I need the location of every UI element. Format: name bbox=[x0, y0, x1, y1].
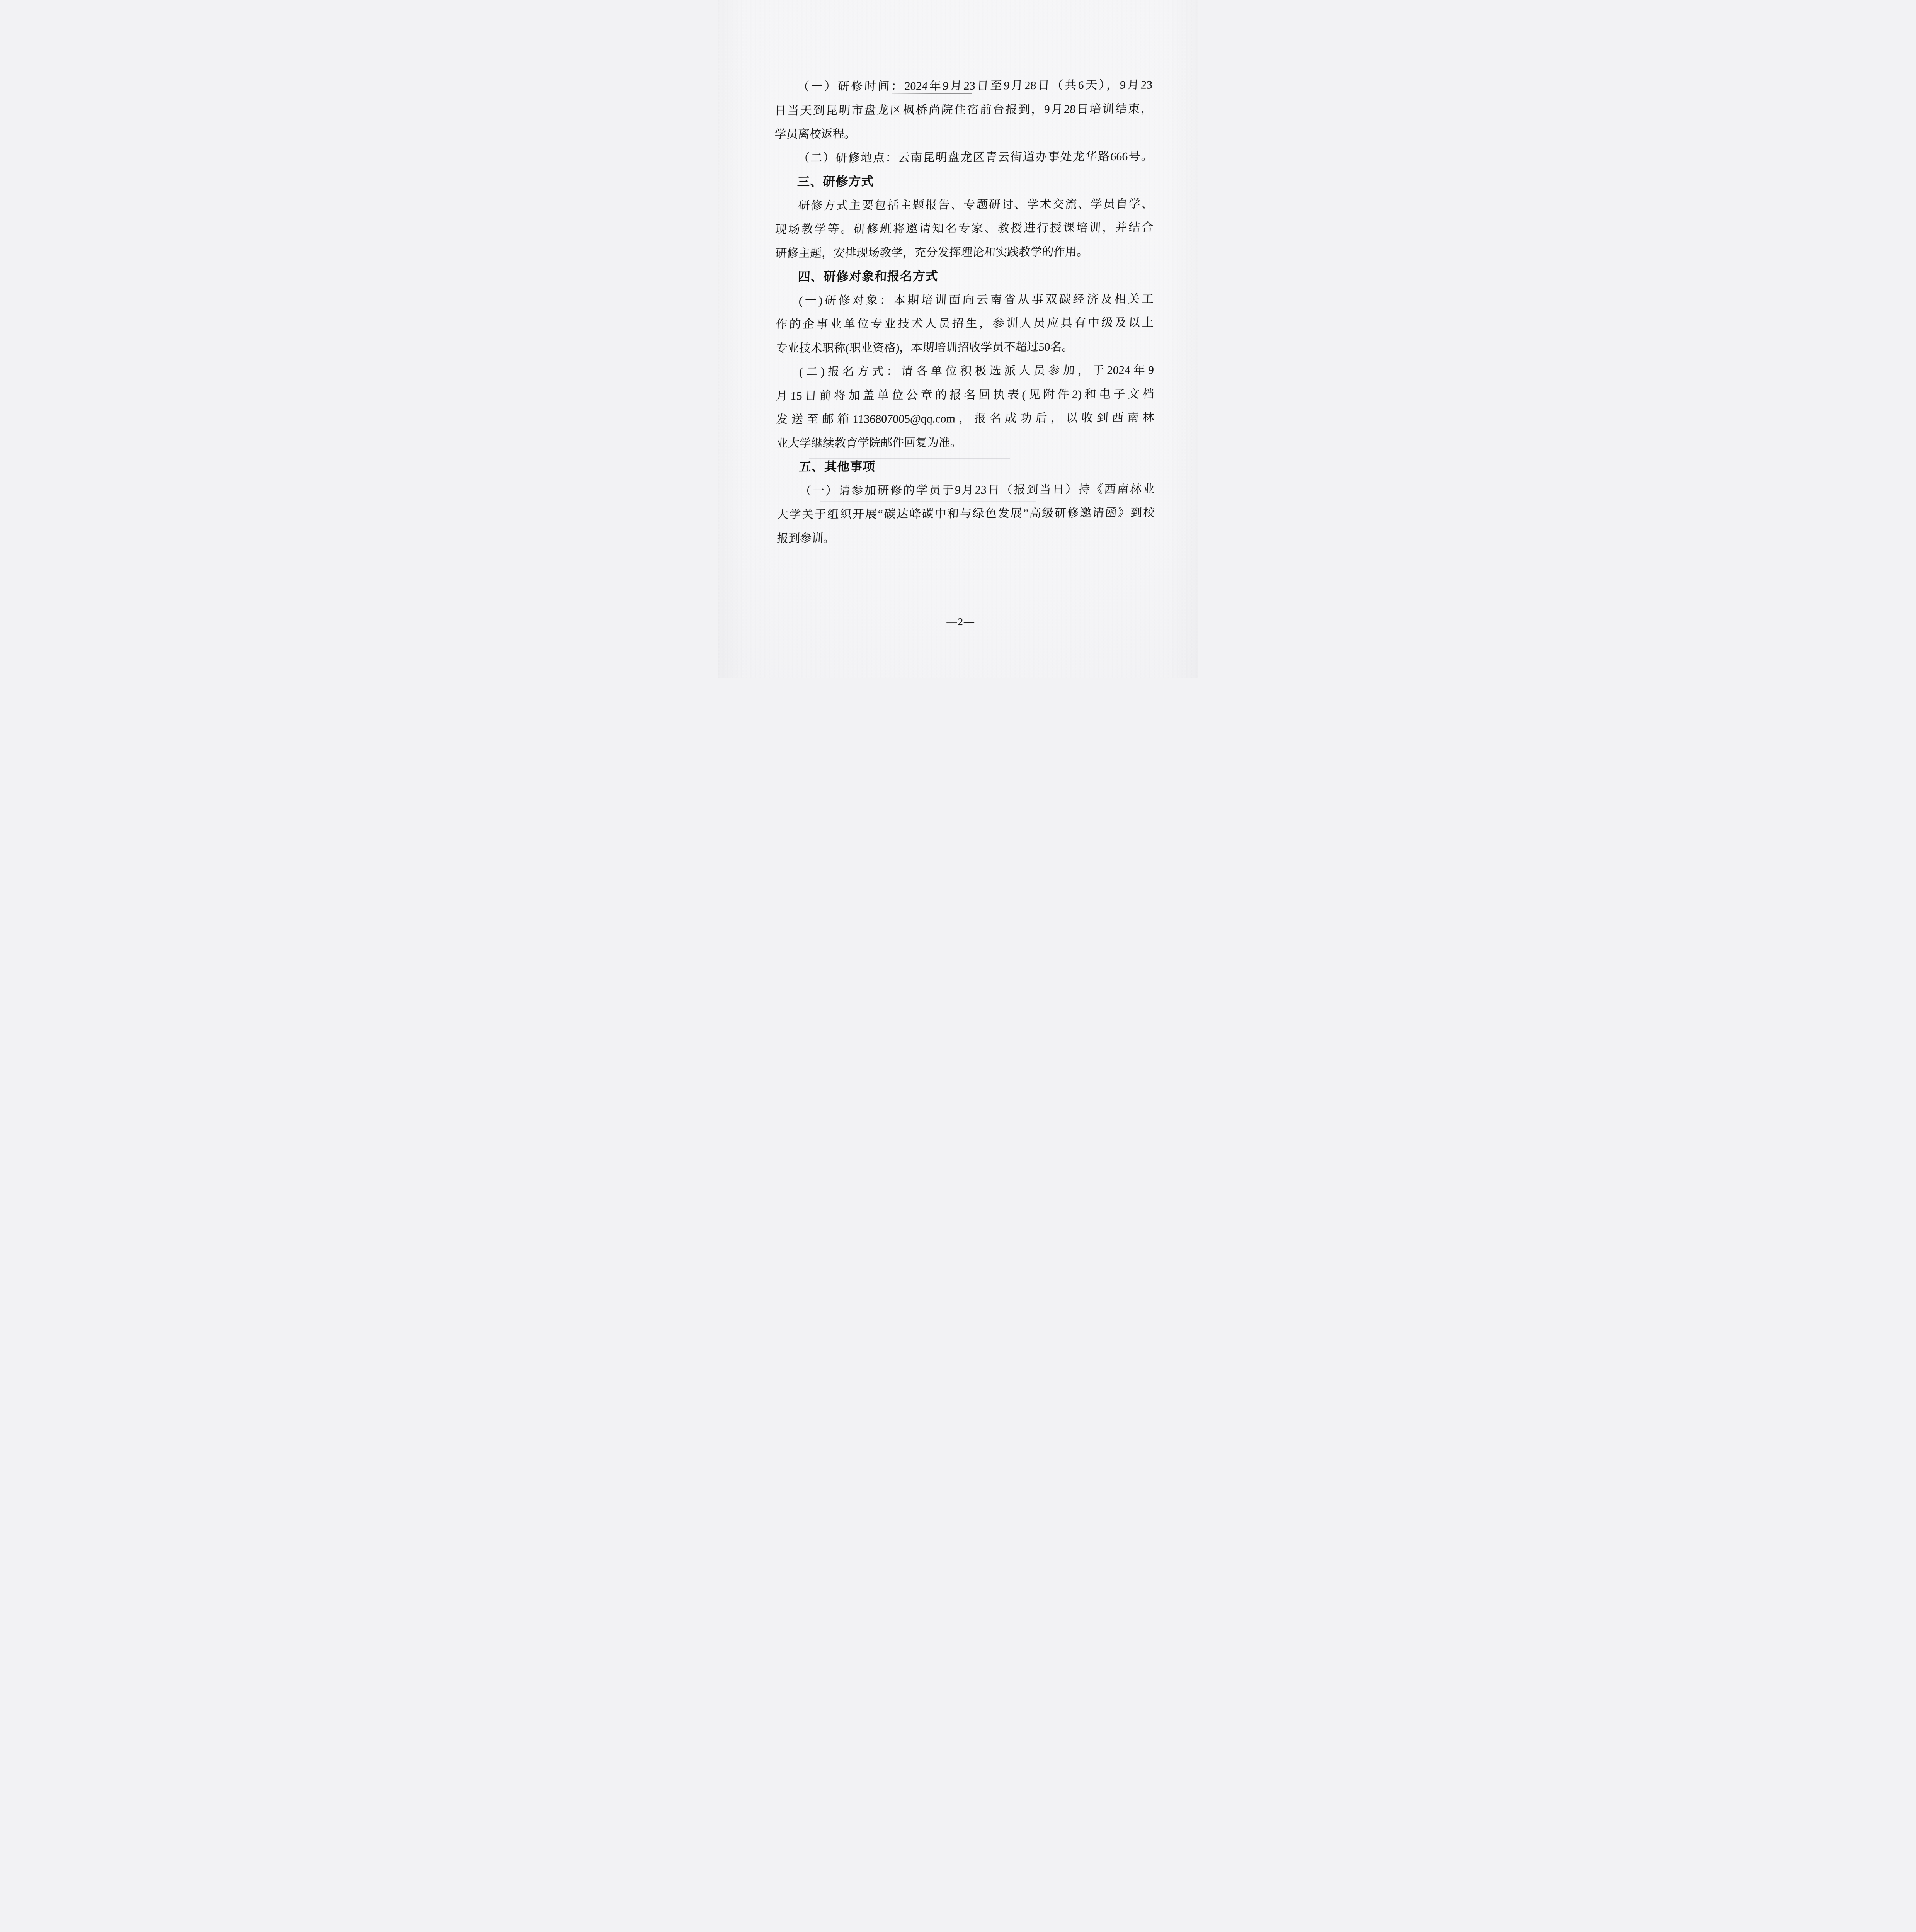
scan-skew-layer: （一）研修时间：2024年9月23日至9月28日（共6天），9月23 日当天到昆… bbox=[718, 0, 1198, 678]
doc-line: （一）请参加研修的学员于9月23日（报到当日）持《西南林业 bbox=[776, 477, 1155, 503]
doc-line: 现场教学等。研修班将邀请知名专家、教授进行授课培训，并结合 bbox=[775, 216, 1154, 241]
document-page: （一）研修时间：2024年9月23日至9月28日（共6天），9月23 日当天到昆… bbox=[718, 0, 1198, 678]
doc-line: 大学关于组织开展“碳达峰碳中和与绿色发展”高级研修邀请函》到校 bbox=[776, 501, 1155, 527]
doc-line: 专业技术职称(职业资格)，本期培训招收学员不超过50名。 bbox=[775, 335, 1154, 361]
doc-line: 报到参训。 bbox=[776, 525, 1155, 551]
page-number: —2— bbox=[946, 616, 975, 628]
doc-line: （一）研修时间：2024年9月23日至9月28日（共6天），9月23 bbox=[774, 73, 1153, 99]
doc-line: (二)报名方式：请各单位积极选派人员参加，于2024年9 bbox=[775, 358, 1154, 384]
doc-line: 发送至邮箱1136807005@qq.com，报名成功后，以收到西南林 bbox=[776, 406, 1155, 432]
doc-line: 学员离校返程。 bbox=[774, 121, 1153, 146]
section-heading-4: 四、研修对象和报名方式 bbox=[775, 263, 1154, 289]
doc-line: 业大学继续教育学院邮件回复为准。 bbox=[776, 430, 1155, 456]
doc-line: (一)研修对象：本期培训面向云南省从事双碳经济及相关工 bbox=[775, 287, 1154, 313]
doc-line: 作的企事业单位专业技术人员招生，参训人员应具有中级及以上 bbox=[775, 311, 1154, 337]
doc-line: 日当天到昆明市盘龙区枫桥尚院住宿前台报到，9月28日培训结束， bbox=[774, 97, 1153, 123]
doc-line: （二）研修地点：云南昆明盘龙区青云街道办事处龙华路666号。 bbox=[774, 145, 1154, 170]
section-heading-3: 三、研修方式 bbox=[774, 168, 1154, 194]
doc-line: 研修方式主要包括主题报告、专题研讨、学术交流、学员自学、 bbox=[774, 192, 1154, 218]
doc-line: 月15日前将加盖单位公章的报名回执表(见附件2)和电子文档 bbox=[776, 382, 1155, 408]
document-body: （一）研修时间：2024年9月23日至9月28日（共6天），9月23 日当天到昆… bbox=[774, 73, 1155, 550]
doc-line: 研修主题，安排现场教学，充分发挥理论和实践教学的作用。 bbox=[775, 240, 1154, 265]
section-heading-5: 五、其他事项 bbox=[776, 453, 1155, 479]
